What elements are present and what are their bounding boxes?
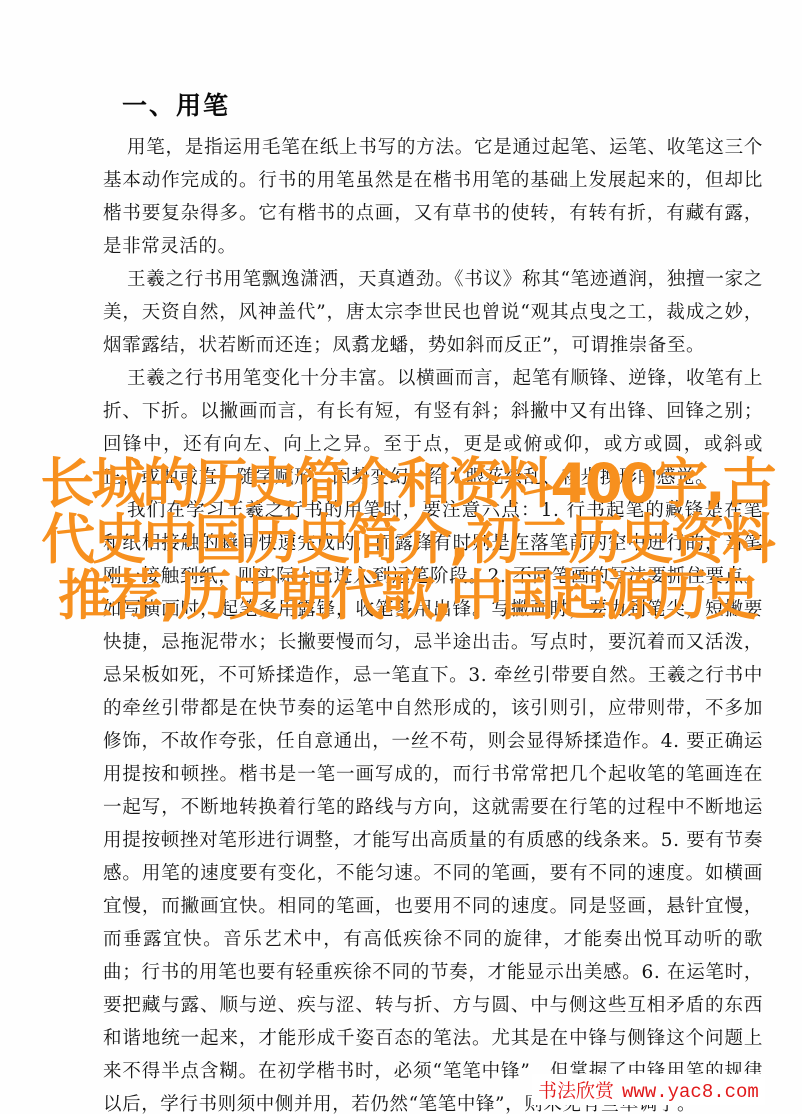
watermark-site-name: 书法欣赏 [538,1080,614,1102]
paragraph-intro: 用笔，是指运用毛笔在纸上书写的方法。它是通过起笔、运笔、收笔这三个基本动作完成的… [103,131,763,263]
scanned-document-page: 一、用笔 用笔，是指运用毛笔在纸上书写的方法。它是通过起笔、运笔、收笔这三个基本… [0,0,802,1114]
paragraph-wang-xizhi-style: 王羲之行书用笔飘逸潇洒，天真遒劲。《书议》称其“笔迹遒润，独擅一家之美，天资自然… [103,263,763,362]
section-heading: 一、用笔 [122,86,230,122]
overlay-title: 长城的历史简介和资料400字,古代史中国历史简介,初二历史资料推荐,历史朝代歌,… [22,456,792,624]
watermark-url: www.yac8.com [622,1081,759,1103]
watermark: 书法欣赏www.yac8.com [532,1074,765,1105]
